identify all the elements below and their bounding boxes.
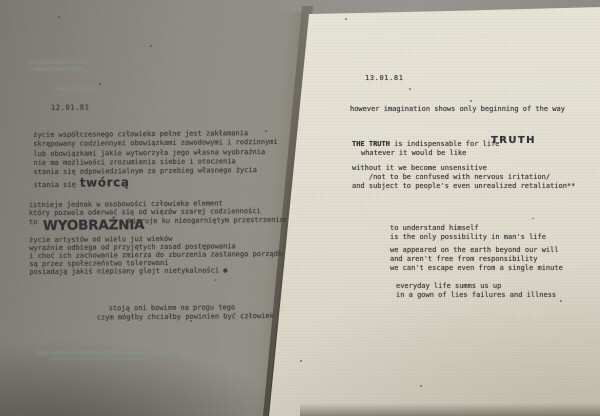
text-line: we can't escape even from a single minut… bbox=[390, 264, 563, 273]
text-line: we appeared on the earth beyond our will bbox=[390, 246, 563, 255]
text-line-with-emphasis: stania się twórcą bbox=[34, 176, 279, 190]
stray-typed-dot: . bbox=[531, 213, 535, 221]
left-paragraph-1: życie współczesnego człowieka pełne jest… bbox=[33, 129, 278, 190]
text-line-with-bold-lead: THE TRUTH is indispensable for life bbox=[352, 140, 500, 149]
text-line: posiadają jakiś niepisany glejt nietykal… bbox=[29, 266, 286, 276]
text-line: without it we become unsensitive bbox=[352, 164, 575, 173]
text-line: is the only possibility in man's life bbox=[390, 233, 546, 242]
text-line: however imagination shows only beginning… bbox=[350, 105, 565, 113]
appeared-block: we appeared on the earth beyond our will… bbox=[390, 246, 563, 273]
text-line: everyday life summs us up bbox=[396, 282, 556, 291]
text-line: and aren't free from responsibility bbox=[390, 255, 563, 264]
open-book-photo: 12.01.81 życie współczesnego człowieka p… bbox=[0, 0, 600, 416]
text-line: czym mógłby chciałby powinien być człowi… bbox=[97, 312, 274, 322]
everyday-block: everyday life summs us up in a gown of l… bbox=[396, 282, 556, 301]
text-fragment: is indispensable for life bbox=[390, 140, 500, 148]
text-line: and subject to people's even unrealized … bbox=[352, 182, 575, 191]
text-fragment: stania się bbox=[34, 180, 76, 190]
emphasis-word-tworca: twórcą bbox=[80, 177, 130, 188]
text-line: /not to be confused with nervous iritati… bbox=[352, 173, 575, 182]
text-line: to understand himself bbox=[390, 224, 546, 233]
stray-typed-dot: . bbox=[213, 274, 217, 282]
text-line: in a gown of lies failures and illness bbox=[396, 291, 556, 300]
bold-text-fragment: THE TRUTH bbox=[352, 140, 390, 148]
truth-statement: THE TRUTH is indispensable for life what… bbox=[352, 140, 500, 159]
right-page-date: 13.01.81 bbox=[365, 74, 404, 82]
emphasis-word-truth: TRUTH bbox=[491, 136, 536, 146]
text-line: whatever it would be like bbox=[361, 149, 500, 158]
left-page-date: 12.01.81 bbox=[51, 104, 90, 112]
understand-block: to understand himself is the only possib… bbox=[390, 224, 546, 242]
left-paragraph-4: stoją oni bowiem na progu tego czym mógł… bbox=[97, 303, 274, 322]
without-block: without it we become unsensitive /not to… bbox=[352, 164, 575, 191]
left-paragraph-3: życie artystów od wielu już wieków wyraź… bbox=[29, 235, 286, 277]
